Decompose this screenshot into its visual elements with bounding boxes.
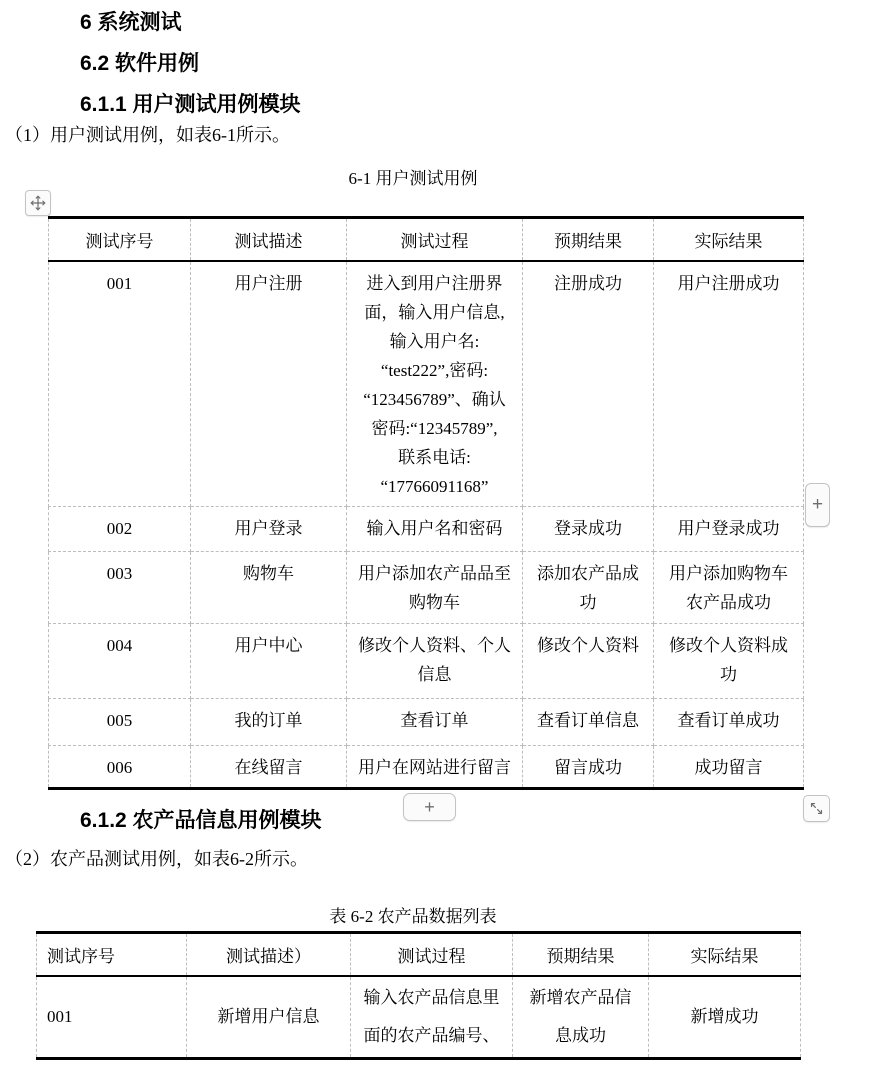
table-row: 004 用户中心 修改个人资料、个人 信息 修改个人资料 修改个人资料成 功 <box>49 624 804 699</box>
table-cell: 查看订单信息 <box>523 699 654 746</box>
table-cell: 004 <box>49 624 191 699</box>
table-cell: 新增农产品信 息成功 <box>513 976 649 1059</box>
table-row: 001 新增用户信息 输入农产品信息里 面的农产品编号、 新增农产品信 息成功 … <box>37 976 801 1059</box>
table1-caption: 6-1 用户测试用例 <box>0 164 826 189</box>
table-row: 005 我的订单 查看订单 查看订单信息 查看订单成功 <box>49 699 804 746</box>
column-header: 测试过程 <box>347 218 523 261</box>
table-row: 006 在线留言 用户在网站进行留言 留言成功 成功留言 <box>49 746 804 789</box>
table-cell: 006 <box>49 746 191 789</box>
table-cell: 用户登录成功 <box>654 507 804 552</box>
table-header-row: 测试序号 测试描述 测试过程 预期结果 实际结果 <box>49 218 804 261</box>
table-cell: 进入到用户注册界 面，输入用户信息, 输入用户名: “test222”,密码: … <box>347 261 523 507</box>
table-cell: 购物车 <box>191 552 347 624</box>
table-cell: 005 <box>49 699 191 746</box>
table-row: 001 用户注册 进入到用户注册界 面，输入用户信息, 输入用户名: “test… <box>49 261 804 507</box>
add-column-button[interactable]: + <box>805 483 830 527</box>
column-header: 实际结果 <box>649 933 801 976</box>
table-cell: 新增成功 <box>649 976 801 1059</box>
table-cell: 001 <box>49 261 191 507</box>
table-cell: 留言成功 <box>523 746 654 789</box>
table2-caption: 表 6-2 农产品数据列表 <box>0 902 826 927</box>
column-header: 测试描述 <box>191 218 347 261</box>
table-row: 002 用户登录 输入用户名和密码 登录成功 用户登录成功 <box>49 507 804 552</box>
table-cell: 修改个人资料、个人 信息 <box>347 624 523 699</box>
table-cell: 查看订单成功 <box>654 699 804 746</box>
paragraph-product-test: （2）农产品测试用例，如表6-2所示。 <box>5 845 308 871</box>
table-cell: 用户在网站进行留言 <box>347 746 523 789</box>
table-cell: 成功留言 <box>654 746 804 789</box>
table-cell: 001 <box>37 976 187 1059</box>
table-cell: 输入农产品信息里 面的农产品编号、 <box>351 976 513 1059</box>
table-cell: 用户添加购物车 农产品成功 <box>654 552 804 624</box>
table-row: 003 购物车 用户添加农产品品至 购物车 添加农产品成 功 用户添加购物车 农… <box>49 552 804 624</box>
table-cell: 新增用户信息 <box>187 976 351 1059</box>
plus-icon: + <box>812 494 823 516</box>
table-cell: 输入用户名和密码 <box>347 507 523 552</box>
table-cell: 002 <box>49 507 191 552</box>
column-header: 测试序号 <box>49 218 191 261</box>
table-cell: 用户中心 <box>191 624 347 699</box>
table-cell: 修改个人资料成 功 <box>654 624 804 699</box>
move-handle-button[interactable] <box>25 190 51 216</box>
table-cell: 注册成功 <box>523 261 654 507</box>
expand-icon <box>808 800 825 817</box>
table-cell: 在线留言 <box>191 746 347 789</box>
table-cell: 用户注册 <box>191 261 347 507</box>
column-header: 测试序号 <box>37 933 187 976</box>
table-header-row: 测试序号 测试描述） 测试过程 预期结果 实际结果 <box>37 933 801 976</box>
paragraph-user-test: （1）用户测试用例，如表6-1所示。 <box>5 121 290 147</box>
column-header: 预期结果 <box>523 218 654 261</box>
product-test-case-table: 测试序号 测试描述） 测试过程 预期结果 实际结果 001 新增用户信息 输入农… <box>36 931 801 1060</box>
heading-system-test: 6 系统测试 <box>80 6 182 36</box>
move-icon <box>29 194 47 212</box>
table-cell: 登录成功 <box>523 507 654 552</box>
heading-software-cases: 6.2 软件用例 <box>80 47 199 77</box>
table-cell: 003 <box>49 552 191 624</box>
expand-table-button[interactable] <box>803 795 830 822</box>
table-cell: 修改个人资料 <box>523 624 654 699</box>
table-cell: 用户登录 <box>191 507 347 552</box>
table-cell: 查看订单 <box>347 699 523 746</box>
table-cell: 添加农产品成 功 <box>523 552 654 624</box>
column-header: 预期结果 <box>513 933 649 976</box>
document-page: 6 系统测试 6.2 软件用例 6.1.1 用户测试用例模块 （1）用户测试用例… <box>0 0 869 1070</box>
column-header: 实际结果 <box>654 218 804 261</box>
user-test-case-table: 测试序号 测试描述 测试过程 预期结果 实际结果 001 用户注册 进入到用户注… <box>48 216 804 790</box>
add-row-button[interactable]: + <box>403 793 456 821</box>
heading-user-test-module: 6.1.1 用户测试用例模块 <box>80 88 301 118</box>
column-header: 测试描述） <box>187 933 351 976</box>
table-cell: 我的订单 <box>191 699 347 746</box>
plus-icon: + <box>424 797 435 818</box>
column-header: 测试过程 <box>351 933 513 976</box>
table-cell: 用户注册成功 <box>654 261 804 507</box>
heading-product-module: 6.1.2 农产品信息用例模块 <box>80 804 322 834</box>
table-cell: 用户添加农产品品至 购物车 <box>347 552 523 624</box>
